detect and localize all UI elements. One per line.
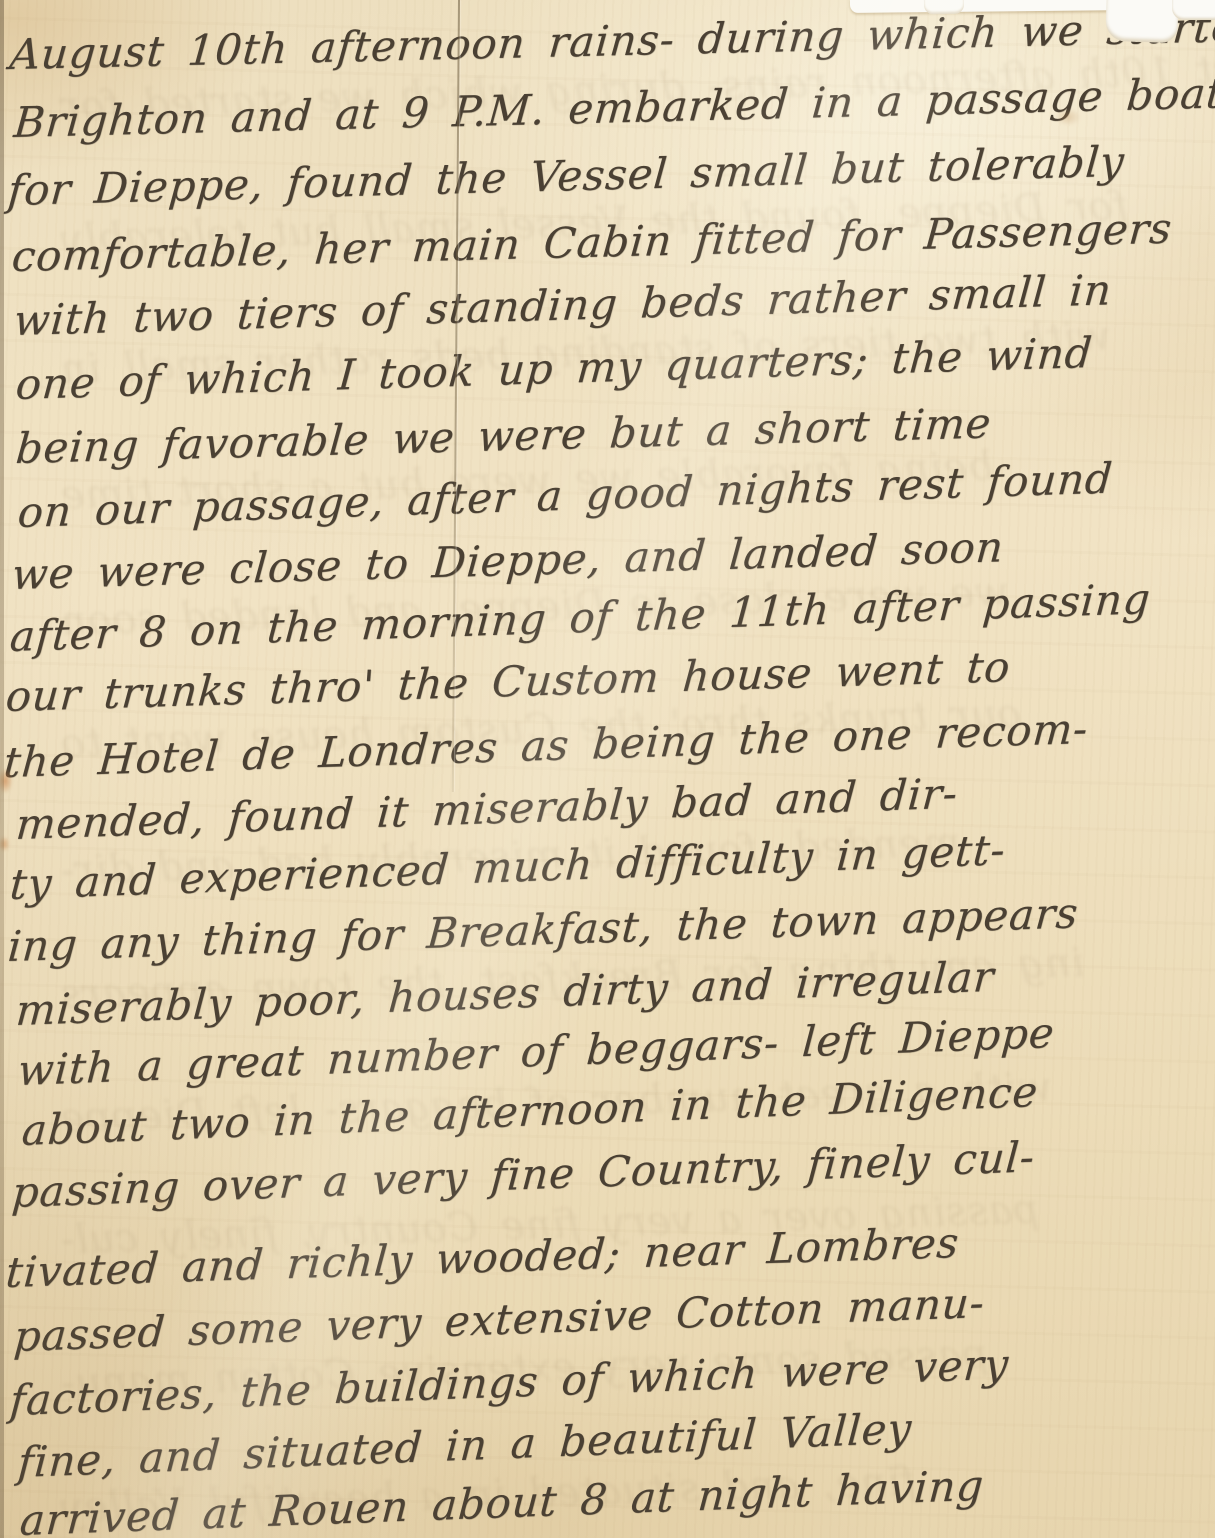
manuscript-text: August 10th afternoon rains- during whic…	[0, 0, 1215, 1538]
manuscript-line: Brighton and at 9 P.M. embarked in a pas…	[12, 68, 1215, 147]
manuscript-line: for Dieppe, found the Vessel small but t…	[6, 137, 1126, 215]
manuscript-line: August 10th afternoon rains- during whic…	[8, 0, 1215, 79]
paper-edge-nick	[924, 0, 964, 14]
manuscript-page: August 10th afternoon rains- during whic…	[0, 0, 1215, 1538]
paper-left-edge	[0, 0, 4, 1538]
torn-corner-right	[1172, 0, 1215, 20]
foxing-spot	[150, 1196, 170, 1210]
foxing-spot	[1055, 108, 1081, 126]
torn-corner-notch	[1105, 0, 1179, 43]
